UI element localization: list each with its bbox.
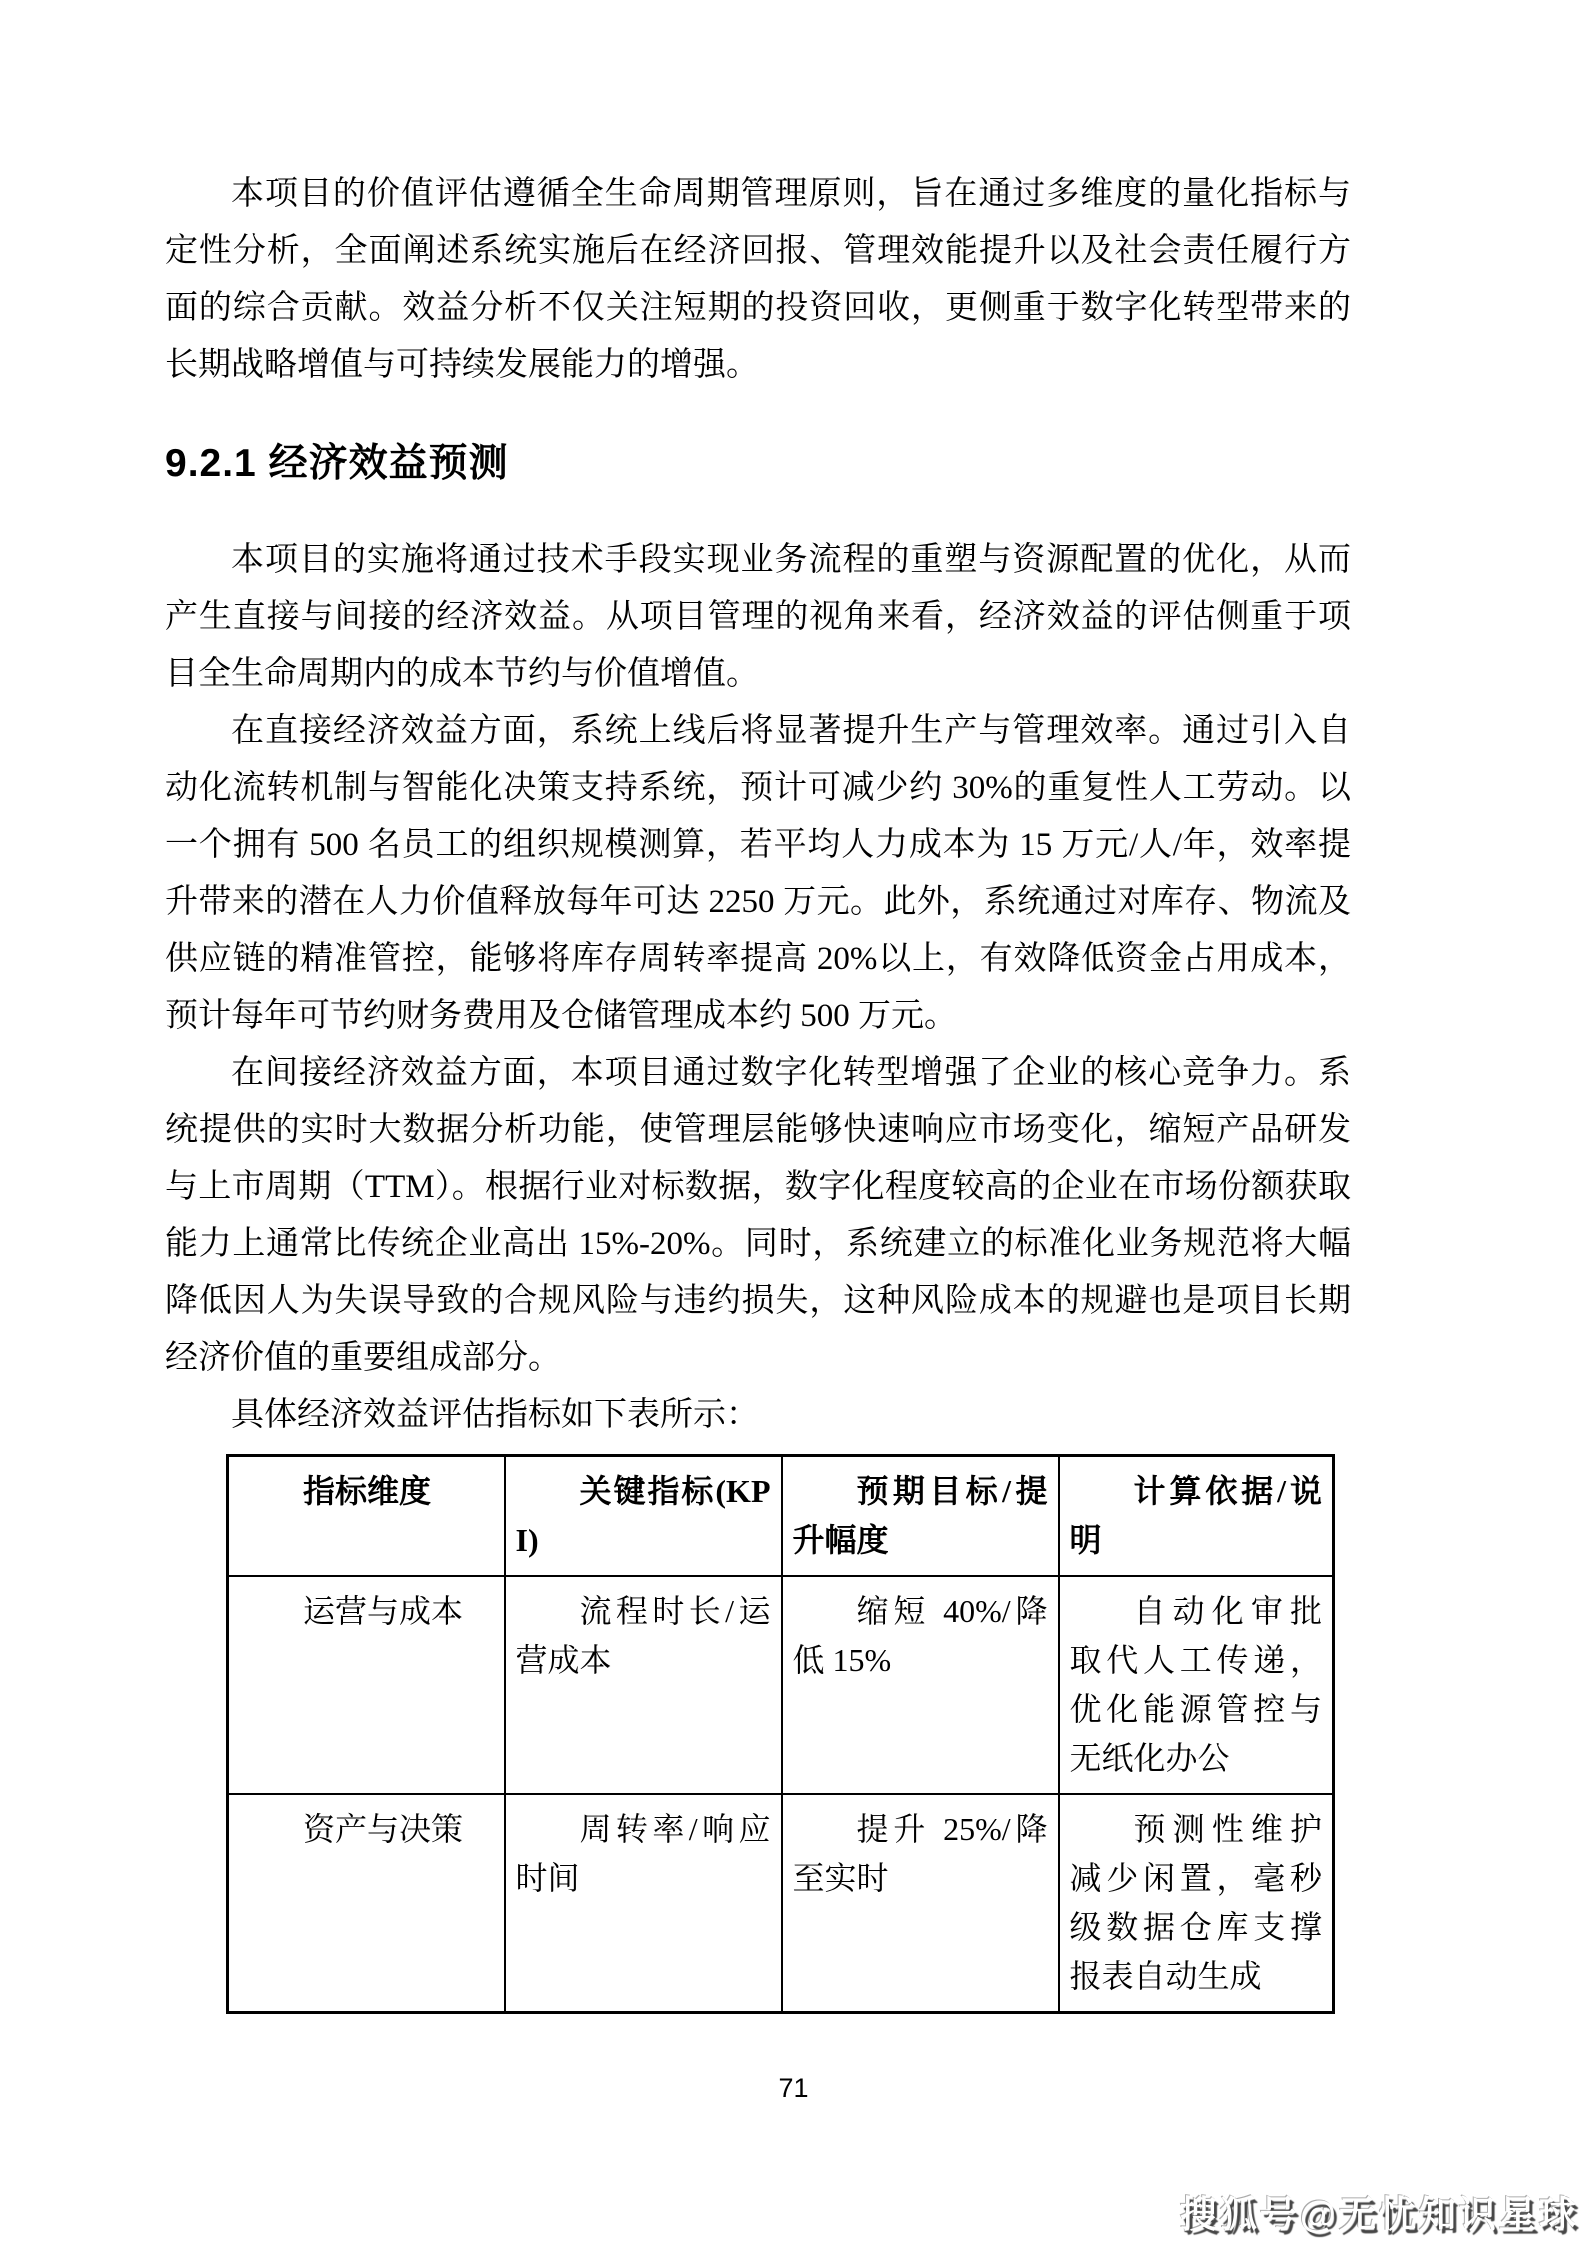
table-row: 资产与决策 周转率/响应时间 提升 25%/降至实时 预测性维护减少闲置，毫秒级… <box>228 1794 1334 2013</box>
table-cell-basis: 自动化审批取代人工传递，优化能源管控与无纸化办公 <box>1059 1576 1334 1794</box>
table-header-dimension: 指标维度 <box>228 1456 505 1577</box>
table-cell-dimension: 资产与决策 <box>228 1794 505 2013</box>
intro-paragraph: 本项目的价值评估遵循全生命周期管理原则，旨在通过多维度的量化指标与定性分析，全面… <box>165 166 1351 394</box>
table-cell-basis: 预测性维护减少闲置，毫秒级数据仓库支撑报表自动生成 <box>1059 1794 1334 2013</box>
table-header-target: 预期目标/提升幅度 <box>782 1456 1059 1577</box>
table-cell-target: 提升 25%/降至实时 <box>782 1794 1059 2013</box>
document-content: 本项目的价值评估遵循全生命周期管理原则，旨在通过多维度的量化指标与定性分析，全面… <box>165 166 1351 2014</box>
paragraph-2: 在直接经济效益方面，系统上线后将显著提升生产与管理效率。通过引入自动化流转机制与… <box>165 703 1351 1045</box>
economic-benefit-kpi-table: 指标维度 关键指标(KPI) 预期目标/提升幅度 计算依据/说明 运营与成本 流… <box>226 1454 1335 2014</box>
paragraph-1: 本项目的实施将通过技术手段实现业务流程的重塑与资源配置的优化，从而产生直接与间接… <box>165 532 1351 703</box>
document-page: 本项目的价值评估遵循全生命周期管理原则，旨在通过多维度的量化指标与定性分析，全面… <box>0 0 1587 2245</box>
table-lead-in-paragraph: 具体经济效益评估指标如下表所示： <box>165 1387 1351 1444</box>
table-header-row: 指标维度 关键指标(KPI) 预期目标/提升幅度 计算依据/说明 <box>228 1456 1334 1577</box>
table-header-kpi: 关键指标(KPI) <box>505 1456 782 1577</box>
table-row: 运营与成本 流程时长/运营成本 缩短 40%/降低 15% 自动化审批取代人工传… <box>228 1576 1334 1794</box>
table-cell-target: 缩短 40%/降低 15% <box>782 1576 1059 1794</box>
table-header-basis: 计算依据/说明 <box>1059 1456 1334 1577</box>
table-cell-kpi: 流程时长/运营成本 <box>505 1576 782 1794</box>
section-heading: 9.2.1 经济效益预测 <box>165 440 1351 488</box>
table-cell-dimension: 运营与成本 <box>228 1576 505 1794</box>
page-number: 71 <box>0 2072 1587 2104</box>
paragraph-3: 在间接经济效益方面，本项目通过数字化转型增强了企业的核心竞争力。系统提供的实时大… <box>165 1045 1351 1387</box>
watermark-text: 搜狐号@无忧知识星球 <box>1180 2184 1579 2238</box>
table-cell-kpi: 周转率/响应时间 <box>505 1794 782 2013</box>
